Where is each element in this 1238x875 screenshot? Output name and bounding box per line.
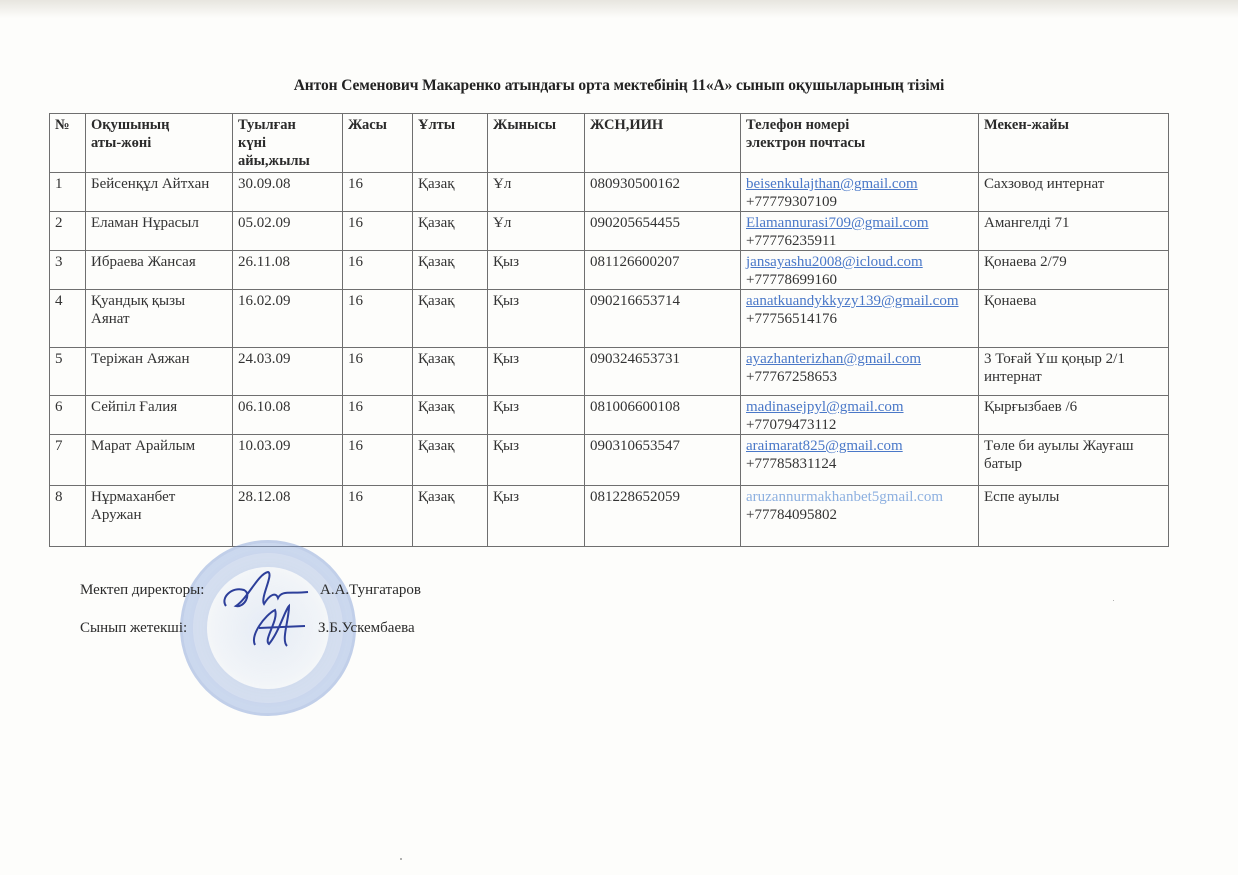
address: Қырғызбаев /6 [979,396,1169,435]
table-row: 1 Бейсенқұл Айтхан 30.09.08 16 Қазақ Ұл … [50,173,1169,212]
table-row: 2 Еламан Нұрасыл 05.02.09 16 Қазақ Ұл 09… [50,212,1169,251]
scan-edge-shadow [0,0,1238,18]
email-link[interactable]: aanatkuandykkyzy139@gmail.com [746,292,973,310]
student-name: Теріжан Аяжан [86,348,233,396]
student-name: Марат Арайлым [86,435,233,486]
table-row: 6 Сейпіл Ғалия 06.10.08 16 Қазақ Қыз 081… [50,396,1169,435]
teacher-signature-icon [245,600,315,650]
iin: 090310653547 [585,435,741,486]
nationality: Қазақ [413,435,488,486]
birth-date: 28.12.08 [233,486,343,547]
row-number: 5 [50,348,86,396]
gender: Ұл [488,212,585,251]
contact-cell: madinasejpyl@gmail.com +77079473112 [741,396,979,435]
email-link[interactable]: madinasejpyl@gmail.com [746,398,973,416]
director-label: Мектеп директоры: [80,582,204,599]
header-number: № [50,114,86,173]
student-name: Сейпіл Ғалия [86,396,233,435]
student-name: Қуандық қызы Аянат [86,290,233,348]
birth-date: 26.11.08 [233,251,343,290]
table-row: 7 Марат Арайлым 10.03.09 16 Қазақ Қыз 09… [50,435,1169,486]
scan-speck [1113,600,1114,601]
nationality: Қазақ [413,396,488,435]
birth-date: 10.03.09 [233,435,343,486]
row-number: 6 [50,396,86,435]
student-name: Нұрмаханбет Аружан [86,486,233,547]
address: Еспе ауылы [979,486,1169,547]
email-link[interactable]: jansayashu2008@icloud.com [746,253,973,271]
iin: 090324653731 [585,348,741,396]
row-number: 8 [50,486,86,547]
scan-speck [400,858,402,860]
email-text: aruzannurmakhanbet5gmail.com [746,488,973,506]
contact-cell: jansayashu2008@icloud.com +77778699160 [741,251,979,290]
iin: 090216653714 [585,290,741,348]
email-link[interactable]: araimarat825@gmail.com [746,437,973,455]
phone-number: +77079473112 [746,416,973,434]
row-number: 7 [50,435,86,486]
director-name: А.А.Тунгатаров [320,582,421,599]
gender: Қыз [488,396,585,435]
email-link[interactable]: beisenkulajthan@gmail.com [746,175,973,193]
contact-cell: aruzannurmakhanbet5gmail.com +7778409580… [741,486,979,547]
contact-cell: aanatkuandykkyzy139@gmail.com +777565141… [741,290,979,348]
teacher-label: Сынып жетекші: [80,620,187,637]
age: 16 [343,290,413,348]
iin: 090205654455 [585,212,741,251]
age: 16 [343,173,413,212]
header-age: Жасы [343,114,413,173]
header-phone-email: Телефон номері электрон почтасы [741,114,979,173]
header-gender: Жынысы [488,114,585,173]
header-nationality: Ұлты [413,114,488,173]
nationality: Қазақ [413,486,488,547]
student-name: Бейсенқұл Айтхан [86,173,233,212]
age: 16 [343,486,413,547]
table-row: 3 Ибраева Жансая 26.11.08 16 Қазақ Қыз 0… [50,251,1169,290]
iin: 081228652059 [585,486,741,547]
contact-cell: ayazhanterizhan@gmail.com +77767258653 [741,348,979,396]
gender: Қыз [488,348,585,396]
table-row: 8 Нұрмаханбет Аружан 28.12.08 16 Қазақ Қ… [50,486,1169,547]
gender: Қыз [488,435,585,486]
nationality: Қазақ [413,348,488,396]
birth-date: 05.02.09 [233,212,343,251]
student-roster-table: № Оқушының аты-жөні Туылған күні айы,жыл… [49,113,1169,547]
nationality: Қазақ [413,212,488,251]
header-birth-date: Туылған күні айы,жылы [233,114,343,173]
birth-date: 24.03.09 [233,348,343,396]
header-address: Мекен-жайы [979,114,1169,173]
age: 16 [343,212,413,251]
gender: Ұл [488,173,585,212]
address: Сахзовод интернат [979,173,1169,212]
teacher-name: З.Б.Ускембаева [318,620,415,637]
row-number: 4 [50,290,86,348]
gender: Қыз [488,290,585,348]
address: Қонаева 2/79 [979,251,1169,290]
student-name: Еламан Нұрасыл [86,212,233,251]
birth-date: 30.09.08 [233,173,343,212]
phone-number: +77778699160 [746,271,973,289]
document-title: Антон Семенович Макаренко атындағы орта … [0,77,1238,95]
age: 16 [343,348,413,396]
email-link[interactable]: ayazhanterizhan@gmail.com [746,350,973,368]
phone-number: +77779307109 [746,193,973,211]
gender: Қыз [488,486,585,547]
birth-date: 16.02.09 [233,290,343,348]
row-number: 2 [50,212,86,251]
nationality: Қазақ [413,173,488,212]
contact-cell: beisenkulajthan@gmail.com +77779307109 [741,173,979,212]
header-iin: ЖСН,ИИН [585,114,741,173]
phone-number: +77776235911 [746,232,973,250]
iin: 081126600207 [585,251,741,290]
nationality: Қазақ [413,251,488,290]
row-number: 3 [50,251,86,290]
iin: 080930500162 [585,173,741,212]
contact-cell: araimarat825@gmail.com +77785831124 [741,435,979,486]
address: 3 Тоғай Үш қоңыр 2/1 интернат [979,348,1169,396]
birth-date: 06.10.08 [233,396,343,435]
phone-number: +77785831124 [746,455,973,473]
phone-number: +77784095802 [746,506,973,524]
age: 16 [343,251,413,290]
address: Төле би ауылы Жауғаш батыр [979,435,1169,486]
contact-cell: Elamannurasi709@gmail.com +77776235911 [741,212,979,251]
student-name: Ибраева Жансая [86,251,233,290]
phone-number: +77756514176 [746,310,973,328]
table-row: 5 Теріжан Аяжан 24.03.09 16 Қазақ Қыз 09… [50,348,1169,396]
age: 16 [343,435,413,486]
nationality: Қазақ [413,290,488,348]
table-header-row: № Оқушының аты-жөні Туылған күні айы,жыл… [50,114,1169,173]
phone-number: +77767258653 [746,368,973,386]
age: 16 [343,396,413,435]
email-link[interactable]: Elamannurasi709@gmail.com [746,214,973,232]
address: Амангелді 71 [979,212,1169,251]
iin: 081006600108 [585,396,741,435]
row-number: 1 [50,173,86,212]
gender: Қыз [488,251,585,290]
address: Қонаева [979,290,1169,348]
header-student-name: Оқушының аты-жөні [86,114,233,173]
table-row: 4 Қуандық қызы Аянат 16.02.09 16 Қазақ Қ… [50,290,1169,348]
